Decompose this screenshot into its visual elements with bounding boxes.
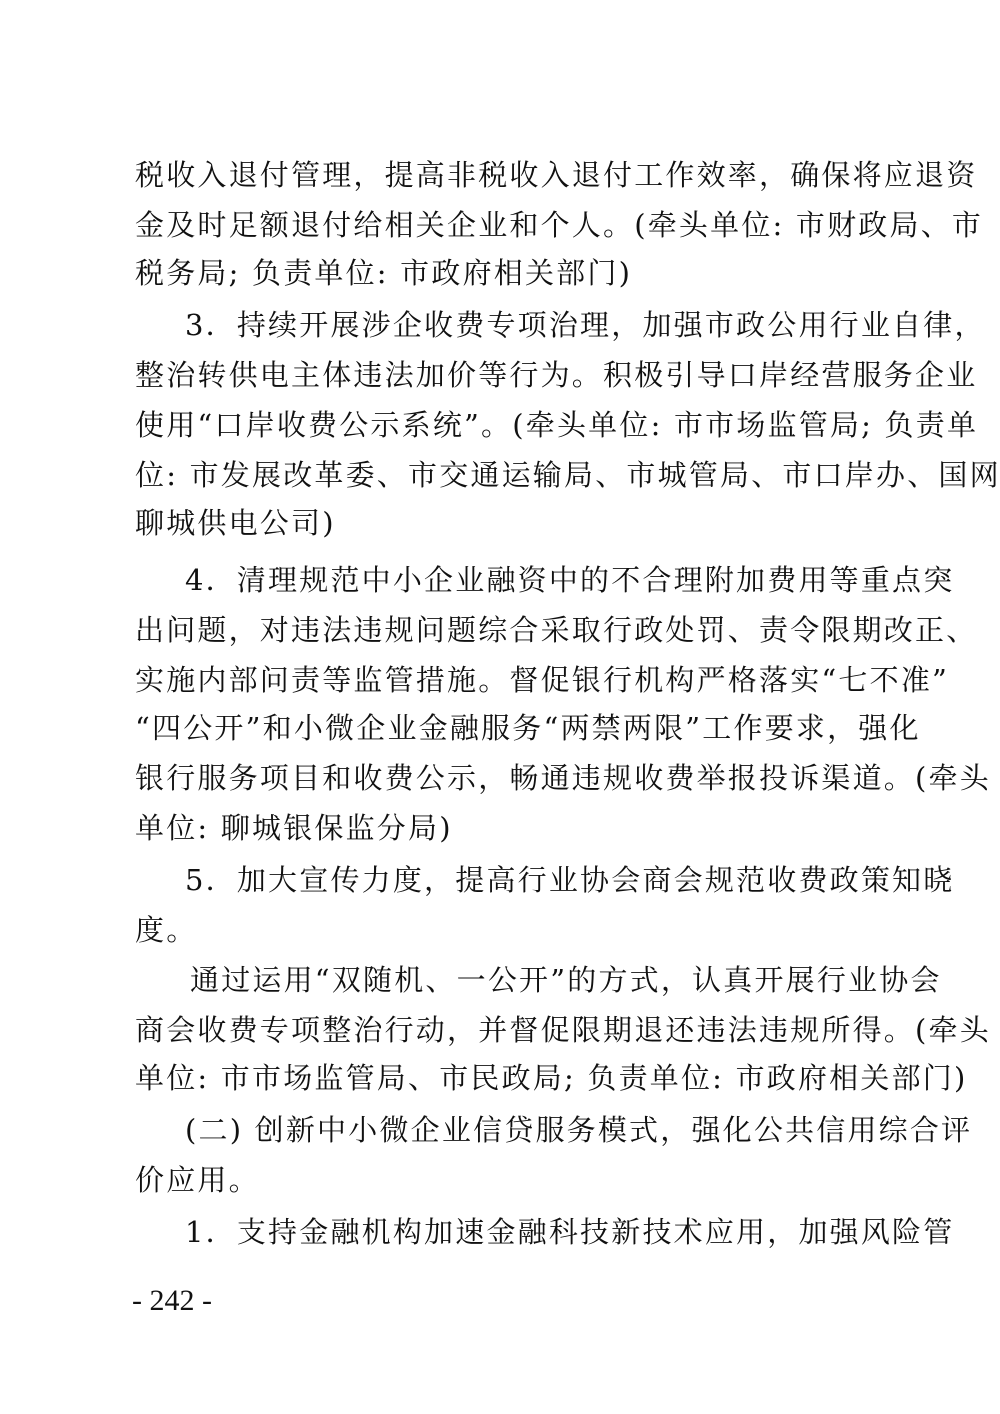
paragraph-line: 单位: 聊城银保监分局): [135, 808, 870, 848]
page-number: - 242 -: [132, 1283, 212, 1319]
paragraph-line: 商会收费专项整治行动，并督促限期退还违法违规所得。(牵头: [135, 1010, 870, 1050]
paragraph-line: 位: 市发展改革委、市交通运输局、市城管局、市口岸办、国网: [135, 455, 870, 495]
list-item-5-line: 5．加大宣传力度，提高行业协会商会规范收费政策知晓: [185, 860, 870, 900]
document-page: 税收入退付管理，提高非税收入退付工作效率，确保将应退资 金及时足额退付给相关企业…: [0, 0, 1000, 1414]
paragraph-line: 银行服务项目和收费公示，畅通违规收费举报投诉渠道。(牵头: [135, 758, 870, 798]
paragraph-line: 使用“口岸收费公示系统”。(牵头单位: 市市场监管局; 负责单: [135, 405, 870, 445]
paragraph-line: 度。: [135, 910, 870, 950]
section-heading-line: 价应用。: [135, 1160, 870, 1200]
paragraph-line: 税务局; 负责单位: 市政府相关部门): [135, 253, 870, 293]
paragraph-line: 单位: 市市场监管局、市民政局; 负责单位: 市政府相关部门): [135, 1058, 870, 1098]
paragraph-line: 出问题，对违法违规问题综合采取行政处罚、责令限期改正、: [135, 610, 870, 650]
list-item-3-line: 3．持续开展涉企收费专项治理，加强市政公用行业自律，: [185, 305, 870, 345]
paragraph-line: 金及时足额退付给相关企业和个人。(牵头单位: 市财政局、市: [135, 205, 870, 245]
list-item-1-line: 1．支持金融机构加速金融科技新技术应用，加强风险管: [185, 1212, 870, 1252]
list-item-4-line: 4．清理规范中小企业融资中的不合理附加费用等重点突: [185, 560, 870, 600]
paragraph-line: 税收入退付管理，提高非税收入退付工作效率，确保将应退资: [135, 155, 870, 195]
paragraph-line: “四公开”和小微企业金融服务“两禁两限”工作要求，强化: [135, 708, 870, 748]
paragraph-line: 聊城供电公司): [135, 503, 870, 543]
paragraph-line: 整治转供电主体违法加价等行为。积极引导口岸经营服务企业: [135, 355, 870, 395]
paragraph-line: 实施内部问责等监管措施。督促银行机构严格落实“七不准”: [135, 660, 870, 700]
paragraph-line: 通过运用“双随机、一公开”的方式，认真开展行业协会: [190, 960, 870, 1000]
section-heading-line: (二) 创新中小微企业信贷服务模式，强化公共信用综合评: [185, 1110, 870, 1150]
